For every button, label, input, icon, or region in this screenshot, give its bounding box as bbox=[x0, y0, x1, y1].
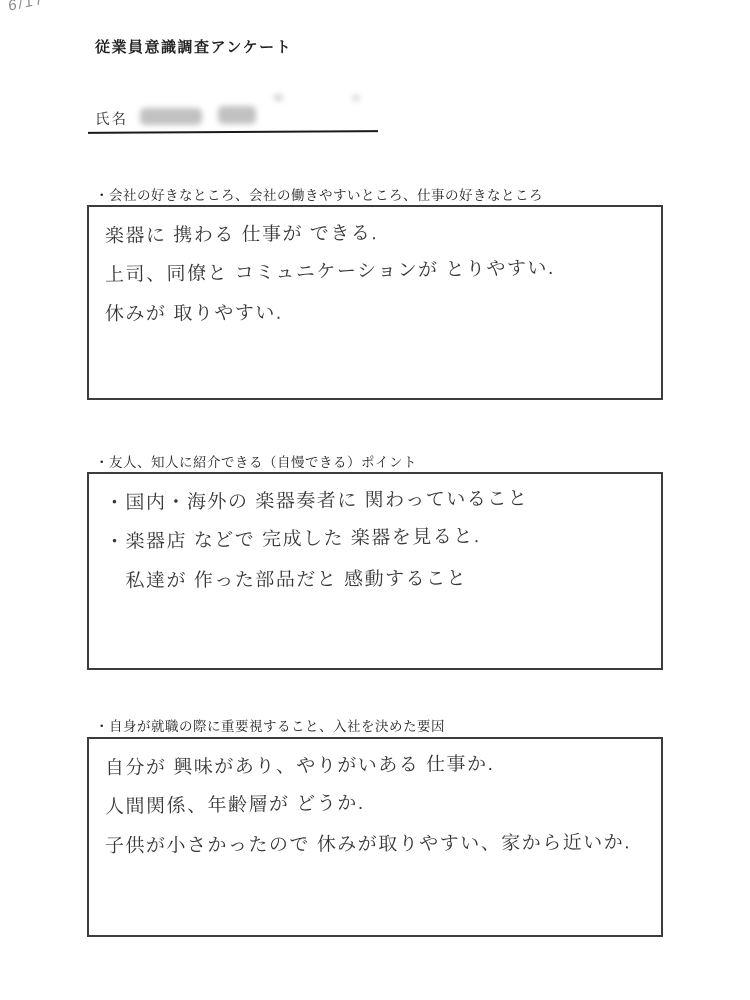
handwriting-line: ・楽器店 などで 完成した 楽器を見ると. bbox=[105, 514, 648, 562]
answer-box-company-likes: 楽器に 携わる 仕事が できる. 上司、同僚と コミュニケーションが とりやすい… bbox=[87, 205, 663, 400]
scanned-survey-page: 6/17 従業員意識調査アンケート 氏名 ・会社の好きなところ、会社の働きやすい… bbox=[0, 0, 750, 1000]
section-label-company-likes: ・会社の好きなところ、会社の働きやすいところ、仕事の好きなところ bbox=[95, 184, 543, 204]
section-label-job-choice-factors: ・自身が就職の際に重要視すること、入社を決めた要因 bbox=[95, 715, 445, 735]
handwriting-line: 私達が 作った部品だと 感動すること bbox=[105, 558, 647, 601]
name-blur-blob bbox=[140, 108, 202, 125]
name-blur-mark bbox=[274, 94, 283, 101]
handwriting-line: 休みが 取りやすい. bbox=[105, 291, 647, 334]
name-label: 氏名 bbox=[95, 108, 128, 129]
handwriting-line: 上司、同僚と コミュニケーションが とりやすい. bbox=[105, 247, 648, 295]
name-blur-mark bbox=[352, 95, 360, 101]
handwriting-line: 子供が小さかったので 休みが取りやすい、家から近いか. bbox=[105, 823, 647, 866]
answer-box-job-choice-factors: 自分が 興味があり、やりがいある 仕事か. 人間関係、年齢層が どうか. 子供が… bbox=[87, 737, 663, 937]
handwriting-line: 人間関係、年齢層が どうか. bbox=[105, 779, 648, 827]
page-title: 従業員意識調査アンケート bbox=[95, 36, 292, 57]
handwritten-corner-mark: 6/17 bbox=[8, 0, 46, 15]
section-label-brag-points: ・友人、知人に紹介できる（自慢できる）ポイント bbox=[95, 451, 417, 471]
redacted-name-value bbox=[140, 102, 370, 130]
name-field-row: 氏名 bbox=[88, 100, 388, 136]
name-underline bbox=[88, 130, 378, 134]
answer-box-brag-points: ・国内・海外の 楽器奏者に 関わっていること ・楽器店 などで 完成した 楽器を… bbox=[87, 472, 663, 670]
name-blur-blob bbox=[218, 106, 256, 124]
